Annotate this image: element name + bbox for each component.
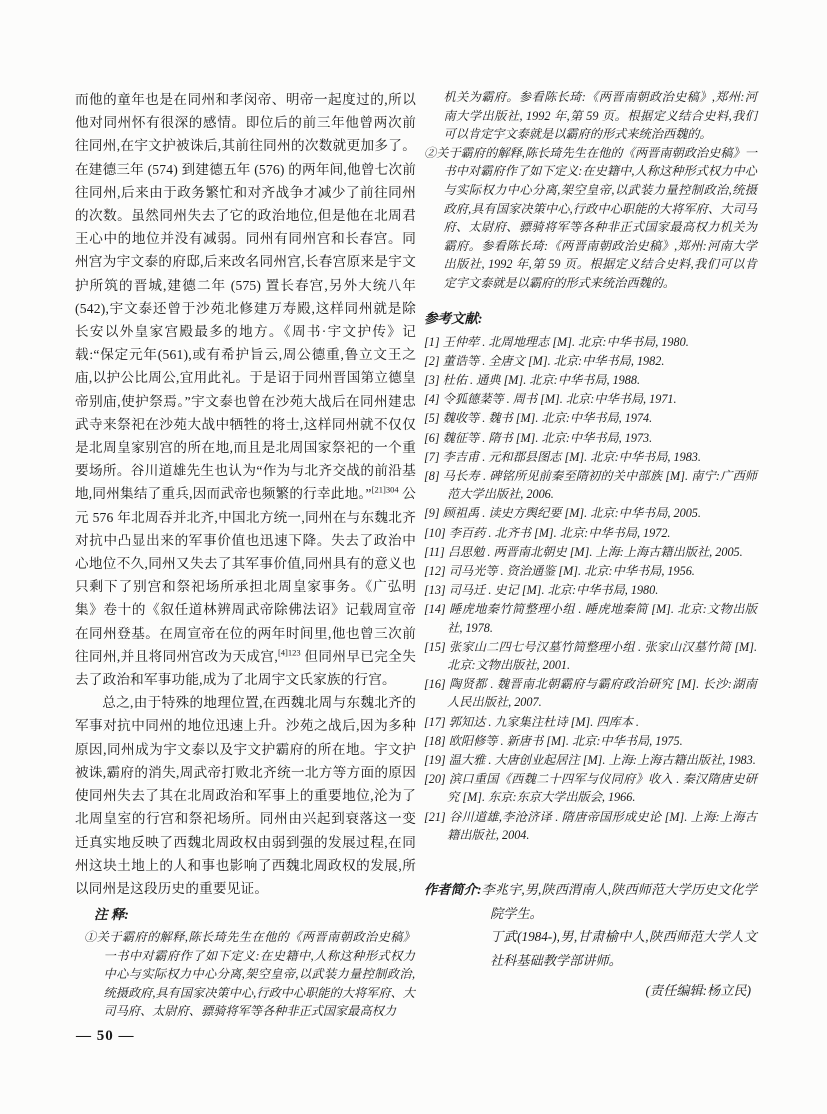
reference-item: [15] 张家山二四七号汉墓竹简整理小组 . 张家山汉墓竹简 [M]. 北京:文… [424,638,757,674]
note-item-1: ①关于霸府的解释,陈长琦先生在他的《两晋南朝政治史稿》一书中对霸府作了如下定义:… [84,928,415,1021]
author-bio-1: 作者简介:李兆宇,男,陕西渭南人,陕西师范大学历史文化学院学生。 [424,878,757,925]
reference-item: [19] 温大雅 . 大唐创业起居注 [M]. 上海:上海古籍出版社, 1983… [424,751,757,769]
citation-superscript: [4]123 [278,647,301,657]
note-item-1-continuation: 机关为霸府。参看陈长琦:《两晋南朝政治史稿》,郑州:河南大学出版社, 1992 … [424,88,757,144]
reference-item: [12] 司马光等 . 资治通鉴 [M]. 北京:中华书局, 1956. [424,562,757,580]
author-bio-label: 作者简介: [424,882,481,897]
scanned-paper-page: 而他的童年也是在同州和孝闵帝、明帝一起度过的,所以他对同州怀有很深的感情。即位后… [0,0,827,1114]
reference-item: [1] 王仲荦 . 北周地理志 [M]. 北京:中华书局, 1980. [424,333,757,351]
body-paragraph: 而他的童年也是在同州和孝闵帝、明帝一起度过的,所以他对同州怀有很深的感情。即位后… [75,88,416,691]
reference-item: [16] 陶贤都 . 魏晋南北朝霸府与霸府政治研究 [M]. 长沙:湖南人民出版… [424,675,757,711]
main-text-column: 而他的童年也是在同州和孝闵帝、明帝一起度过的,所以他对同州怀有很深的感情。即位后… [75,88,416,900]
notes-section: 注 释: ①关于霸府的解释,陈长琦先生在他的《两晋南朝政治史稿》一书中对霸府作了… [84,903,415,1021]
author-bio-2: 丁武(1984-),男,甘肃榆中人,陕西师范大学人文社科基础教学部讲师。 [490,925,757,972]
references-heading: 参考文献: [424,307,757,327]
reference-item: [6] 魏征等 . 隋书 [M]. 北京:中华书局, 1973. [424,429,757,447]
reference-item: [11] 吕思勉 . 两晋南北朝史 [M]. 上海:上海古籍出版社, 2005. [424,543,757,561]
paragraph-text: 而他的童年也是在同州和孝闵帝、明帝一起度过的,所以他对同州怀有很深的感情。即位后… [75,92,416,501]
right-column: 机关为霸府。参看陈长琦:《两晋南朝政治史稿》,郑州:河南大学出版社, 1992 … [424,88,757,1003]
reference-item: [21] 谷川道雄,李沧济译 . 隋唐帝国形成史论 [M]. 上海:上海古籍出版… [424,808,757,844]
reference-item: [5] 魏收等 . 魏书 [M]. 北京:中华书局, 1974. [424,409,757,427]
reference-item: [18] 欧阳修等 . 新唐书 [M]. 北京:中华书局, 1975. [424,732,757,750]
reference-item: [10] 李百药 . 北齐书 [M]. 北京:中华书局, 1972. [424,524,757,542]
reference-item: [3] 杜佑 . 通典 [M]. 北京:中华书局, 1988. [424,371,757,389]
page-number: — 50 — [76,1028,135,1045]
reference-item: [7] 李吉甫 . 元和郡县图志 [M]. 北京:中华书局, 1983. [424,448,757,466]
note-item-2: ②关于霸府的解释,陈长琦先生在他的《两晋南朝政治史稿》一书中对霸府作了如下定义:… [424,144,757,293]
reference-item: [2] 董诰等 . 全唐文 [M]. 北京:中华书局, 1982. [424,352,757,370]
references-list: [1] 王仲荦 . 北周地理志 [M]. 北京:中华书局, 1980. [2] … [424,333,757,844]
citation-superscript: [21]304 [372,485,399,495]
reference-item: [13] 司马迁 . 史记 [M]. 北京:中华书局, 1980. [424,581,757,599]
author-bio-section: 作者简介:李兆宇,男,陕西渭南人,陕西师范大学历史文化学院学生。 丁武(1984… [424,878,757,1003]
reference-item: [17] 郭知达 . 九家集注杜诗 [M]. 四库本 . [424,713,757,731]
reference-item: [20] 滨口重国《西魏二十四军与仪同府》收入 . 秦汉隋唐史研究 [M]. 东… [424,770,757,806]
reference-item: [9] 顾祖禹 . 读史方舆纪要 [M]. 北京:中华书局, 2005. [424,504,757,522]
reference-item: [14] 睡虎地秦竹简整理小组 . 睡虎地秦简 [M]. 北京:文物出版社, 1… [424,600,757,636]
responsible-editor: (责任编辑:杨立民) [424,979,757,1003]
body-paragraph: 总之,由于特殊的地理位置,在西魏北周与东魏北齐的军事对抗中同州的地位迅速上升。沙… [75,691,416,900]
notes-heading: 注 释: [94,903,415,923]
author-bio-1-text: 李兆宇,男,陕西渭南人,陕西师范大学历史文化学院学生。 [481,882,757,921]
paragraph-text: 公元 576 年北周吞并北齐,中国北方统一,同州在与东魏北齐对抗中凸显出来的军事… [75,486,416,663]
reference-item: [8] 马长寿 . 碑铭所见前秦至隋初的关中部族 [M]. 南宁:广西师范大学出… [424,467,757,503]
reference-item: [4] 令狐德棻等 . 周书 [M]. 北京:中华书局, 1971. [424,390,757,408]
